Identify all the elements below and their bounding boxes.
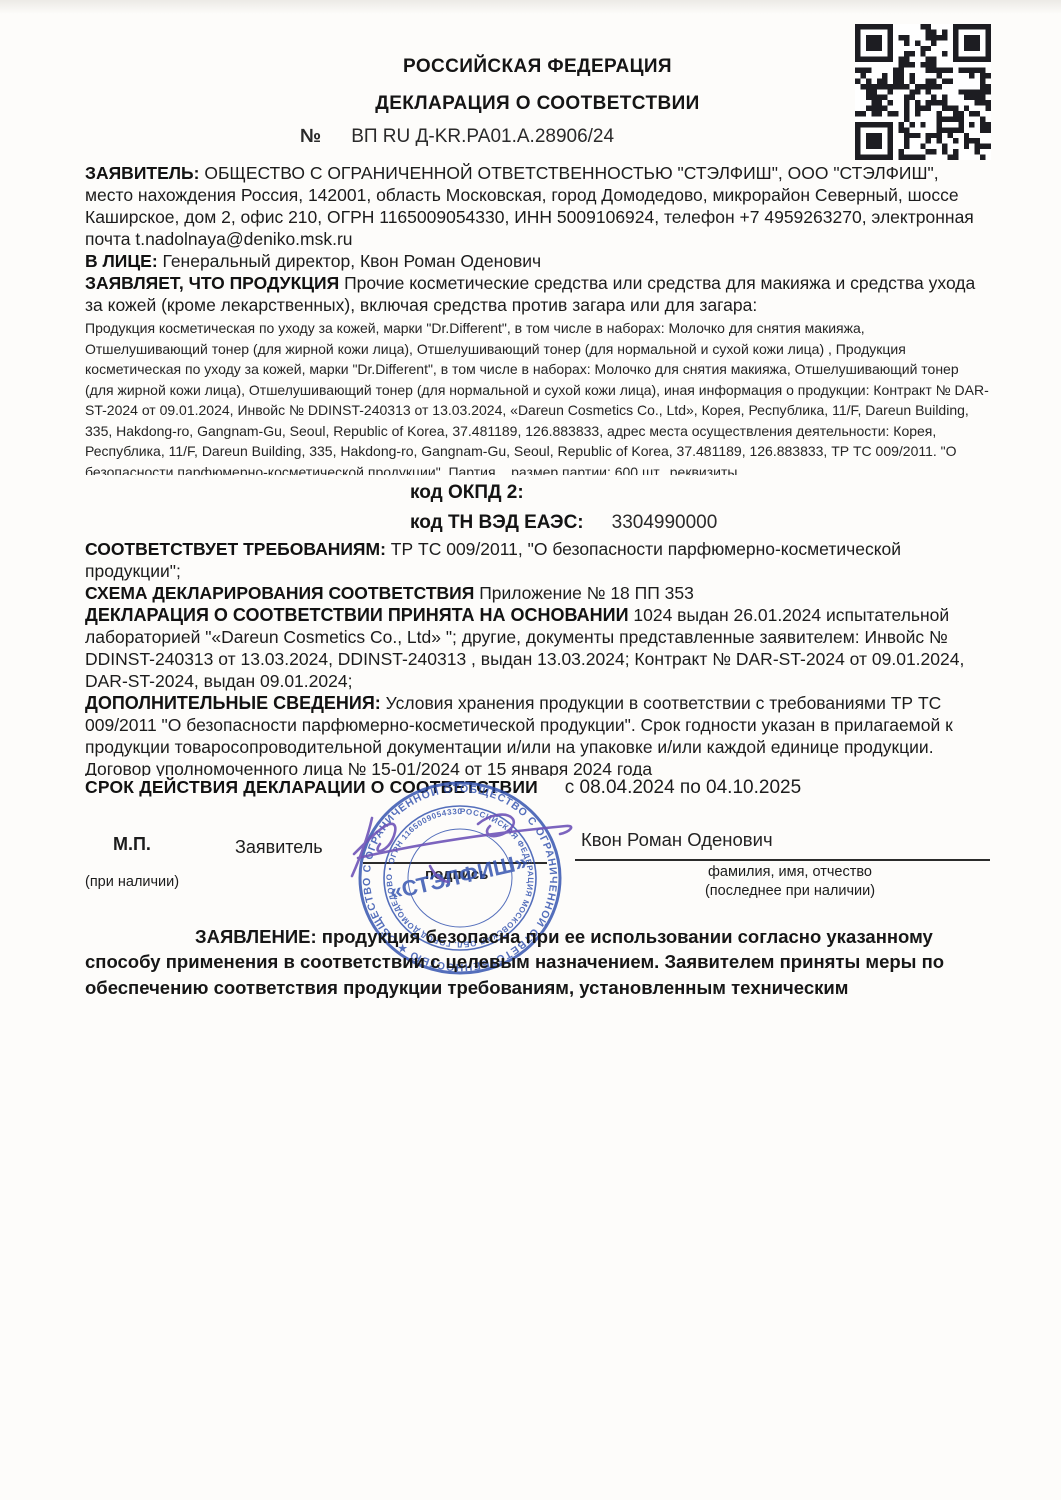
validity-dates: с 08.04.2024 по 04.10.2025 (565, 777, 801, 798)
declaration-document: РОССИЙСКАЯ ФЕДЕРАЦИЯ ДЕКЛАРАЦИЯ О СООТВЕ… (0, 0, 1061, 1500)
tnved-row: код ТН ВЭД ЕАЭС:3304990000 (410, 508, 990, 538)
mp-label: М.П. (113, 834, 151, 855)
applicant-paragraph: ЗАЯВИТЕЛЬ: ОБЩЕСТВО С ОГРАНИЧЕННОЙ ОТВЕТ… (85, 162, 990, 250)
number-sign: № (300, 126, 321, 147)
scheme-paragraph: СХЕМА ДЕКЛАРИРОВАНИЯ СООТВЕТСТВИЯ Прилож… (85, 582, 990, 604)
scheme-text: Приложение № 18 ПП 353 (479, 583, 694, 603)
signature-line (363, 828, 547, 864)
signature-caption: подпись (425, 866, 488, 883)
okpd-row: код ОКПД 2: (410, 478, 990, 508)
additional-label: ДОПОЛНИТЕЛЬНЫЕ СВЕДЕНИЯ: (85, 693, 381, 713)
additional-paragraph: ДОПОЛНИТЕЛЬНЫЕ СВЕДЕНИЯ: Условия хранени… (85, 692, 990, 776)
person-label: В ЛИЦЕ: (85, 251, 158, 271)
validity-paragraph: СРОК ДЕЙСТВИЯ ДЕКЛАРАЦИИ О СООТВЕТСТВИИ … (85, 776, 990, 799)
name-caption-2: (последнее при наличии) (645, 883, 935, 899)
product-details: Продукция косметическая по уходу за коже… (85, 318, 990, 475)
tnved-value: 3304990000 (612, 512, 718, 533)
person-text: Генеральный директор, Квон Роман Оденови… (163, 251, 542, 271)
applicant-word: Заявитель (235, 837, 323, 858)
signature-row: М.П. (при наличии) Заявитель подпись Кво… (85, 828, 990, 908)
statement-label: ЗАЯВЛЕНИЕ: (195, 926, 317, 947)
country-header: РОССИЙСКАЯ ФЕДЕРАЦИЯ (85, 56, 990, 78)
page-title: ДЕКЛАРАЦИЯ О СООТВЕТСТВИИ (85, 93, 990, 115)
validity-label: СРОК ДЕЙСТВИЯ ДЕКЛАРАЦИИ О СООТВЕТСТВИИ (85, 777, 538, 797)
statement-paragraph: ЗАЯВЛЕНИЕ: продукция безопасна при ее ис… (85, 924, 990, 1001)
applicant-text: ОБЩЕСТВО С ОГРАНИЧЕННОЙ ОТВЕТСТВЕННОСТЬЮ… (85, 163, 974, 249)
product-paragraph: ЗАЯВЛЯЕТ, ЧТО ПРОДУКЦИЯ Прочие косметиче… (85, 272, 990, 316)
compliance-label: СООТВЕТСТВУЕТ ТРЕБОВАНИЯМ: (85, 539, 386, 559)
product-label: ЗАЯВЛЯЕТ, ЧТО ПРОДУКЦИЯ (85, 273, 339, 293)
document-body: РОССИЙСКАЯ ФЕДЕРАЦИЯ ДЕКЛАРАЦИЯ О СООТВЕ… (85, 56, 990, 799)
person-paragraph: В ЛИЦЕ: Генеральный директор, Квон Роман… (85, 250, 990, 272)
scheme-label: СХЕМА ДЕКЛАРИРОВАНИЯ СООТВЕТСТВИЯ (85, 583, 474, 603)
basis-paragraph: ДЕКЛАРАЦИЯ О СООТВЕТСТВИИ ПРИНЯТА НА ОСН… (85, 604, 990, 692)
mp-note: (при наличии) (85, 874, 179, 890)
declaration-number: ВП RU Д-KR.РА01.А.28906/24 (351, 126, 614, 147)
name-line (575, 828, 990, 861)
name-caption-1: фамилия, имя, отчество (645, 864, 935, 880)
tnved-label: код ТН ВЭД ЕАЭС: (410, 512, 584, 533)
compliance-paragraph: СООТВЕТСТВУЕТ ТРЕБОВАНИЯМ: ТР ТС 009/201… (85, 538, 990, 582)
declaration-number-row: №ВП RU Д-KR.РА01.А.28906/24 (300, 126, 990, 148)
applicant-label: ЗАЯВИТЕЛЬ: (85, 163, 199, 183)
okpd-label: код ОКПД 2: (410, 482, 524, 503)
codes-block: код ОКПД 2: код ТН ВЭД ЕАЭС:3304990000 (410, 478, 990, 538)
basis-label: ДЕКЛАРАЦИЯ О СООТВЕТСТВИИ ПРИНЯТА НА ОСН… (85, 605, 629, 625)
